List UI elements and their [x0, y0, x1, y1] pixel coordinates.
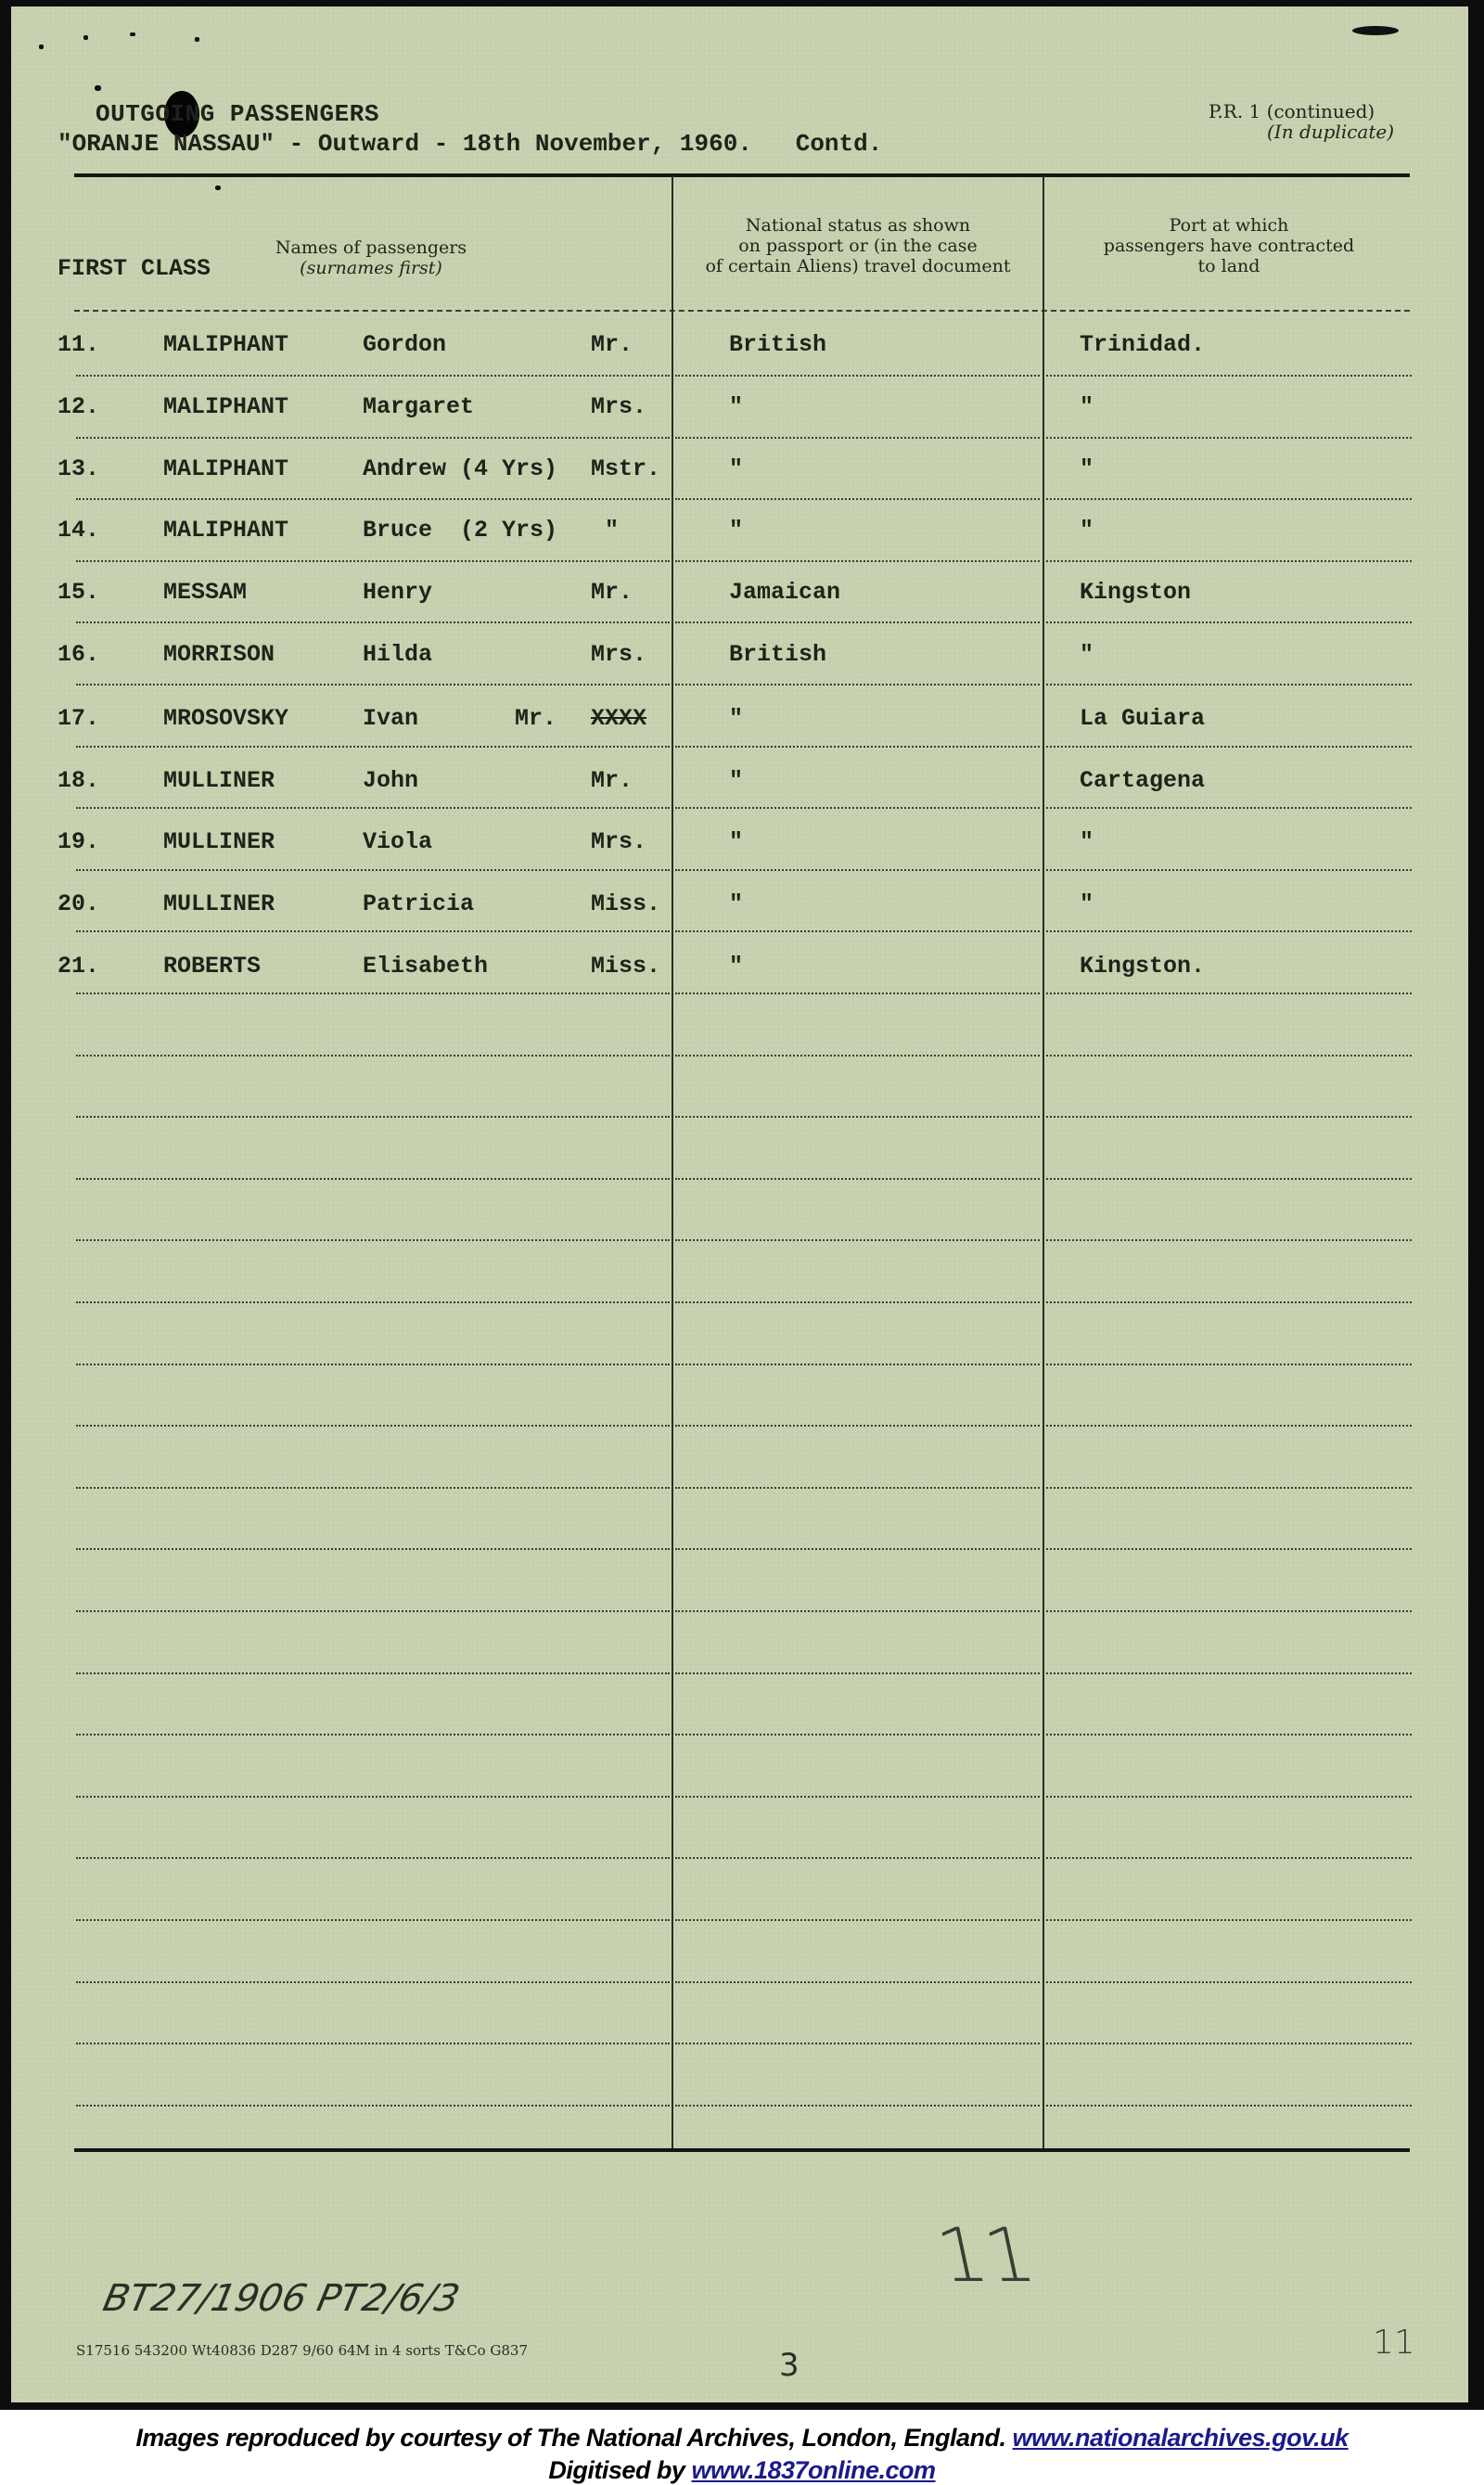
first-name: Gordon: [363, 331, 446, 358]
row-number: 19.: [58, 828, 99, 855]
row-rule: [1046, 1487, 1412, 1489]
row-number: 21.: [58, 953, 99, 980]
surname: MALIPHANT: [163, 517, 288, 544]
table-row: 13. MALIPHANT Andrew (4 Yrs) Mstr. " ": [0, 455, 1484, 517]
column-header-port-line1: Port at which: [1053, 215, 1405, 236]
row-rule: [76, 930, 670, 932]
row-rule: [76, 2043, 670, 2044]
row-rule: [76, 1301, 670, 1303]
nationality: ": [729, 705, 743, 732]
surname: MALIPHANT: [163, 393, 288, 420]
row-rule: [76, 1672, 670, 1674]
row-rule: [76, 375, 670, 377]
row-rule: [76, 1425, 670, 1427]
row-rule: [1046, 560, 1412, 562]
row-rule: [76, 746, 670, 748]
row-number: 11.: [58, 331, 99, 358]
row-rule: [675, 621, 1040, 623]
first-name: Margaret: [363, 393, 474, 420]
first-name: Bruce (2 Yrs): [363, 517, 557, 544]
national-archives-link[interactable]: www.nationalarchives.gov.uk: [1013, 2424, 1349, 2452]
first-name: John: [363, 767, 418, 794]
row-rule: [1046, 1301, 1412, 1303]
row-rule: [675, 1364, 1040, 1365]
surname: MULLINER: [163, 890, 275, 917]
row-number: 15.: [58, 579, 99, 606]
port: Kingston.: [1080, 953, 1205, 980]
row-number: 14.: [58, 517, 99, 544]
column-header-names: Names of passengers (surnames first): [260, 237, 482, 278]
column-header-port-line2: passengers have contracted: [1053, 236, 1405, 256]
column-header-names-line1: Names of passengers: [260, 237, 482, 258]
row-rule: [675, 807, 1040, 809]
row-rule: [1046, 1425, 1412, 1427]
title: Mrs.: [591, 828, 646, 855]
row-rule: [675, 1548, 1040, 1550]
row-rule: [675, 1857, 1040, 1859]
row-rule: [675, 1981, 1040, 1983]
speck: [83, 35, 88, 40]
surname: MROSOVSKY: [163, 705, 288, 732]
row-rule: [1046, 2105, 1412, 2107]
column-header-national-status-line3: of certain Aliens) travel document: [682, 256, 1034, 276]
tally-mark: 11: [929, 2212, 1043, 2299]
title: Mr.: [591, 579, 633, 606]
row-rule: [1046, 1734, 1412, 1736]
row-rule: [675, 869, 1040, 871]
row-rule: [1046, 684, 1412, 685]
table-row: 17. MROSOVSKY Ivan Mr. XXXX " La Guiara: [0, 705, 1484, 766]
row-rule: [76, 993, 670, 994]
form-code: P.R. 1 (continued): [1209, 100, 1375, 122]
row-rule: [76, 684, 670, 685]
row-rule: [675, 1425, 1040, 1427]
speck: [39, 45, 44, 49]
row-number: 12.: [58, 393, 99, 420]
title: Mr.: [591, 331, 633, 358]
print-code: S17516 543200 Wt40836 D287 9/60 64M in 4…: [76, 2342, 528, 2359]
column-header-national-status-line2: on passport or (in the case: [682, 236, 1034, 256]
form-note: (In duplicate): [1267, 121, 1394, 143]
port: Trinidad.: [1080, 331, 1205, 358]
port: La Guiara: [1080, 705, 1205, 732]
row-rule: [76, 1857, 670, 1859]
struck-out-title: XXXX: [591, 705, 646, 732]
credit-text: Images reproduced by courtesy of The Nat…: [135, 2424, 1005, 2452]
row-rule: [1046, 1981, 1412, 1983]
title: Mr.: [515, 705, 556, 732]
table-row: 21. ROBERTS Elisabeth Miss. " Kingston.: [0, 953, 1484, 1014]
row-rule: [675, 1796, 1040, 1798]
surname: MORRISON: [163, 641, 275, 668]
row-rule: [1046, 1919, 1412, 1921]
surname: MULLINER: [163, 828, 275, 855]
bottom-rule: [74, 2148, 1410, 2152]
title: Mstr.: [591, 455, 660, 482]
table-row: 11. MALIPHANT Gordon Mr. British Trinida…: [0, 331, 1484, 392]
voyage-subtitle: "ORANJE NASSAU" - Outward - 18th Novembe…: [58, 130, 882, 158]
surname: MULLINER: [163, 767, 275, 794]
row-rule: [675, 993, 1040, 994]
table-row: 16. MORRISON Hilda Mrs. British ": [0, 641, 1484, 702]
row-rule: [1046, 1796, 1412, 1798]
row-rule: [1046, 1116, 1412, 1118]
nationality: ": [729, 890, 743, 917]
nationality: British: [729, 331, 826, 358]
row-rule: [1046, 1548, 1412, 1550]
port: ": [1080, 393, 1094, 420]
port: Kingston: [1080, 579, 1191, 606]
row-rule: [675, 1301, 1040, 1303]
row-rule: [675, 1055, 1040, 1057]
row-rule: [1046, 1239, 1412, 1241]
title: ": [591, 517, 619, 544]
row-rule: [675, 2043, 1040, 2044]
speck: [215, 186, 221, 190]
row-rule: [1046, 2043, 1412, 2044]
digitised-text: Digitised by: [548, 2456, 684, 2484]
first-name: Henry: [363, 579, 432, 606]
title: Mr.: [591, 767, 633, 794]
row-rule: [76, 1734, 670, 1736]
nationality: British: [729, 641, 826, 668]
row-rule: [675, 1610, 1040, 1612]
row-rule: [1046, 1178, 1412, 1180]
row-rule: [675, 1487, 1040, 1489]
first-name: Elisabeth: [363, 953, 488, 980]
row-rule: [1046, 746, 1412, 748]
row-number: 16.: [58, 641, 99, 668]
row-rule: [1046, 1055, 1412, 1057]
row-rule: [76, 869, 670, 871]
title: Miss.: [591, 953, 660, 980]
port: ": [1080, 641, 1094, 668]
first-name: Andrew (4 Yrs): [363, 455, 557, 482]
credit-line: Images reproduced by courtesy of The Nat…: [0, 2424, 1484, 2453]
row-rule: [76, 1178, 670, 1180]
surname: ROBERTS: [163, 953, 261, 980]
first-name: Hilda: [363, 641, 432, 668]
row-rule: [76, 621, 670, 623]
row-rule: [76, 498, 670, 500]
row-number: 18.: [58, 767, 99, 794]
nationality: ": [729, 828, 743, 855]
row-rule: [675, 560, 1040, 562]
digitised-line: Digitised by www.1837online.com: [0, 2456, 1484, 2485]
speck: [195, 37, 199, 42]
row-rule: [1046, 375, 1412, 377]
row-rule: [76, 807, 670, 809]
row-rule: [1046, 1610, 1412, 1612]
row-rule: [76, 1548, 670, 1550]
first-name: Patricia: [363, 890, 474, 917]
first-name: Viola: [363, 828, 432, 855]
nationality: ": [729, 393, 743, 420]
row-rule: [76, 560, 670, 562]
port: ": [1080, 455, 1094, 482]
row-number: 13.: [58, 455, 99, 482]
port: Cartagena: [1080, 767, 1205, 794]
row-rule: [1046, 930, 1412, 932]
nationality: ": [729, 455, 743, 482]
row-rule: [76, 1239, 670, 1241]
nationality: Jamaican: [729, 579, 840, 606]
port: ": [1080, 517, 1094, 544]
row-rule: [675, 1919, 1040, 1921]
document-title: OUTGOING PASSENGERS: [96, 100, 379, 128]
row-rule: [1046, 1857, 1412, 1859]
archive-reference: BT27/1906 PT2/6/3: [99, 2277, 463, 2320]
first-name: Ivan: [363, 705, 418, 732]
section-label: FIRST CLASS: [58, 255, 211, 282]
row-rule: [76, 1981, 670, 1983]
title: Mrs.: [591, 641, 646, 668]
table-row: 18. MULLINER John Mr. " Cartagena: [0, 767, 1484, 828]
row-rule: [1046, 437, 1412, 439]
1837online-link[interactable]: www.1837online.com: [691, 2456, 935, 2484]
row-rule: [76, 1796, 670, 1798]
table-row: 20. MULLINER Patricia Miss. " ": [0, 890, 1484, 952]
surname: MALIPHANT: [163, 331, 288, 358]
column-header-names-line2: (surnames first): [260, 258, 482, 278]
corner-mark: 11: [1373, 2324, 1415, 2362]
row-rule: [675, 930, 1040, 932]
nationality: ": [729, 953, 743, 980]
nationality: ": [729, 767, 743, 794]
row-rule: [76, 1116, 670, 1118]
ink-mark: [1352, 26, 1399, 35]
row-rule: [1046, 621, 1412, 623]
row-rule: [76, 1919, 670, 1921]
row-rule: [675, 437, 1040, 439]
top-rule: [74, 173, 1410, 177]
row-rule: [76, 1364, 670, 1365]
row-rule: [1046, 1672, 1412, 1674]
row-rule: [675, 1178, 1040, 1180]
column-header-port-line3: to land: [1053, 256, 1405, 276]
row-rule: [76, 2105, 670, 2107]
column-header-national-status: National status as shown on passport or …: [682, 215, 1034, 276]
port: ": [1080, 890, 1094, 917]
row-rule: [675, 375, 1040, 377]
row-rule: [675, 498, 1040, 500]
nationality: ": [729, 517, 743, 544]
speck: [130, 32, 135, 36]
table-row: 14. MALIPHANT Bruce (2 Yrs) " " ": [0, 517, 1484, 578]
row-rule: [1046, 807, 1412, 809]
row-rule: [76, 1610, 670, 1612]
row-rule: [675, 2105, 1040, 2107]
row-rule: [1046, 498, 1412, 500]
row-rule: [1046, 869, 1412, 871]
row-number: 17.: [58, 705, 99, 732]
column-header-national-status-line1: National status as shown: [682, 215, 1034, 236]
row-number: 20.: [58, 890, 99, 917]
table-row: 12. MALIPHANT Margaret Mrs. " ": [0, 393, 1484, 455]
row-rule: [675, 1239, 1040, 1241]
row-rule: [675, 1734, 1040, 1736]
table-row: 19. MULLINER Viola Mrs. " ": [0, 828, 1484, 890]
row-rule: [1046, 1364, 1412, 1365]
row-rule: [76, 1055, 670, 1057]
title: Mrs.: [591, 393, 646, 420]
row-rule: [76, 437, 670, 439]
row-rule: [675, 1672, 1040, 1674]
row-rule: [1046, 993, 1412, 994]
surname: MALIPHANT: [163, 455, 288, 482]
port: ": [1080, 828, 1094, 855]
column-header-port: Port at which passengers have contracted…: [1053, 215, 1405, 276]
row-rule: [675, 684, 1040, 685]
header-rule: [74, 310, 1410, 312]
row-rule: [675, 1116, 1040, 1118]
surname: MESSAM: [163, 579, 247, 606]
table-row: 15. MESSAM Henry Mr. Jamaican Kingston: [0, 579, 1484, 640]
title: Miss.: [591, 890, 660, 917]
speck: [95, 85, 101, 91]
row-rule: [76, 1487, 670, 1489]
page-mark: 3: [779, 2347, 800, 2384]
row-rule: [675, 746, 1040, 748]
